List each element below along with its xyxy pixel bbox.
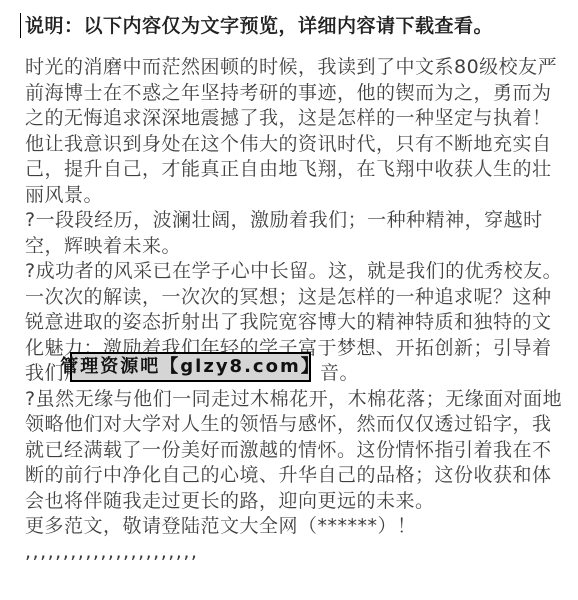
text-line: 就已经满载了一份美好而激越的情怀。这份情怀指引着我在不 [25,438,565,464]
document-preview-page: 说明：以下内容仅为文字预览，详细内容请下载查看。 时光的消磨中而茫然困顿的时候，… [0,0,578,600]
text-line: 会也将伴随我走过更长的路，迎向更远的未来。 [25,489,565,515]
text-line: 丽风景。 [25,183,565,209]
text-line: 断的前行中净化自己的心境、升华自己的品格；这份收获和体 [25,463,565,489]
text-line: 一次次的解读，一次次的冥想；这是怎样的一种追求呢？这种 [25,285,565,311]
preview-notice: 说明：以下内容仅为文字预览，详细内容请下载查看。 [25,11,493,38]
text-line: ?虽然无缘与他们一同走过木棉花开，木棉花落；无缘面对面地 [25,387,565,413]
watermark-line: 我们用 音。 管理资源吧【glzy8.com】 [25,361,565,387]
watermark-badge[interactable]: 管理资源吧【glzy8.com】 [70,352,311,382]
text-line: 之的无悔追求深深地震撼了我，这是怎样的一种坚定与执着！ [25,106,565,132]
text-line: ?成功者的风采已在学子心中长留。这，就是我们的优秀校友。 [25,259,565,285]
watermark-line-right: 音。 [320,361,359,387]
text-line: 锐意进取的姿态折射出了我院宽容博大的精神特质和独特的文 [25,310,565,336]
text-line: 己，提升自己，才能真正自由地飞翔，在飞翔中收获人生的壮 [25,157,565,183]
text-line: 空，辉映着未来。 [25,234,565,260]
text-line: 时光的消磨中而茫然困顿的时候，我读到了中文系80级校友严 [25,55,565,81]
dots-line: ,,,,,,,,,,,,,,,,,,,,,,, [25,540,565,566]
text-cursor [20,13,21,38]
text-line: 他让我意识到身处在这个伟大的资讯时代，只有不断地充实自 [25,132,565,158]
text-line: ?一段段经历，波澜壮阔，激励着我们；一种种精神，穿越时 [25,208,565,234]
text-line: 前海博士在不惑之年坚持考研的事迹，他的锲而为之，勇而为 [25,81,565,107]
document-body: 时光的消磨中而茫然困顿的时候，我读到了中文系80级校友严 前海博士在不惑之年坚持… [25,55,565,565]
watermark-text: 管理资源吧【glzy8.com】 [60,354,320,380]
text-line: 领略他们对大学对人生的领悟与感怀，然而仅仅透过铅字，我 [25,412,565,438]
footer-note: 更多范文，敬请登陆范文大全网（******）！ [25,514,565,540]
